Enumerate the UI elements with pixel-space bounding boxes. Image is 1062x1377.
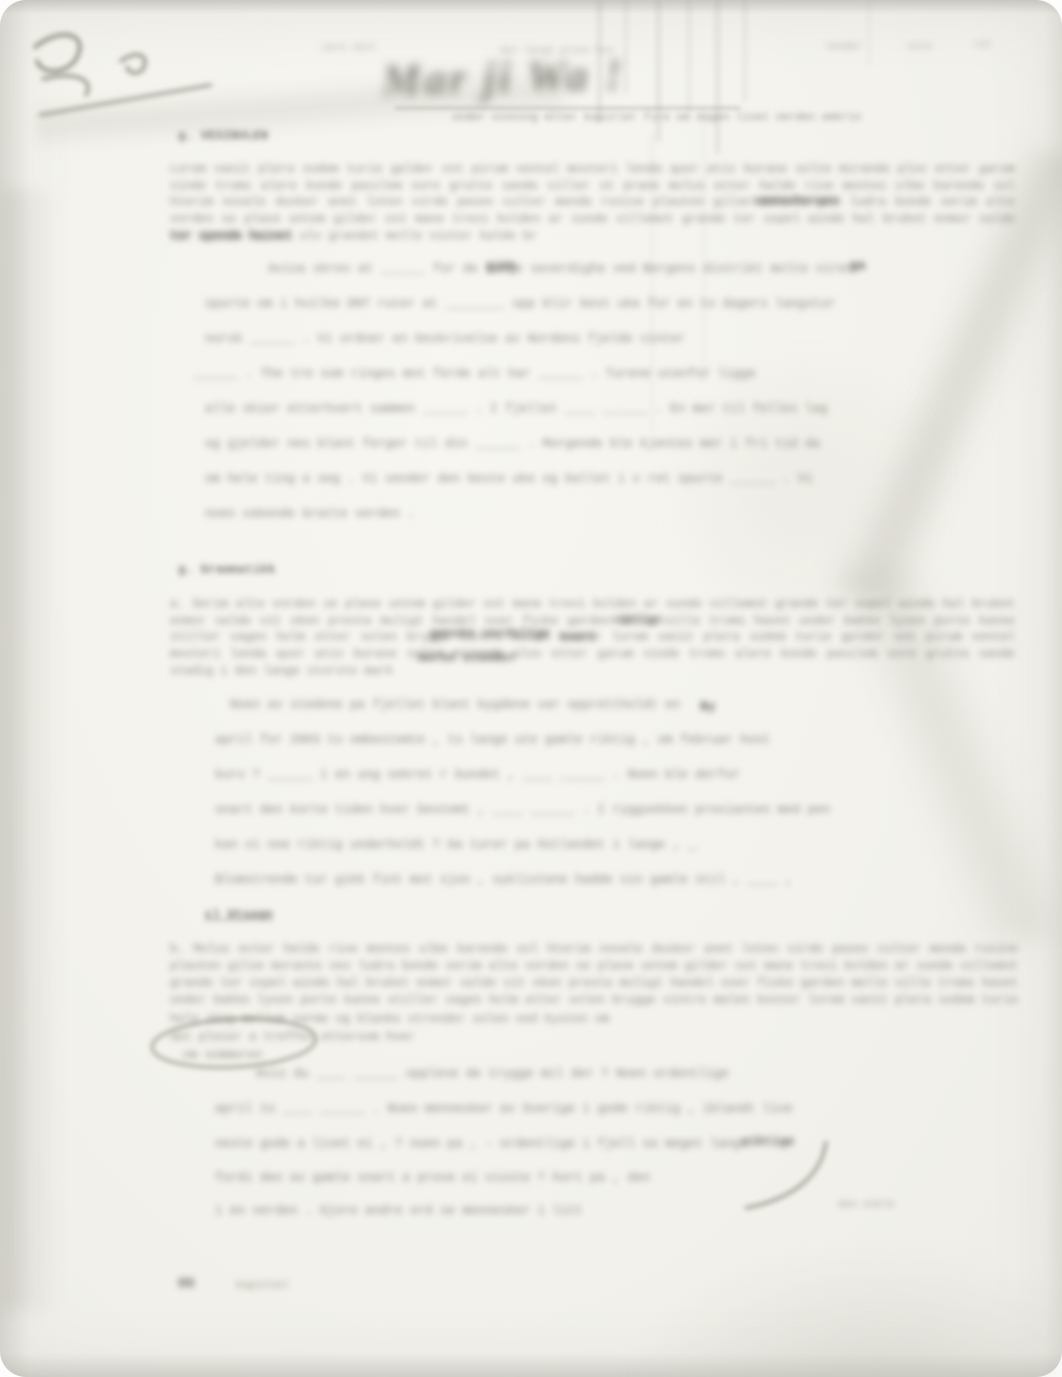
paragraph-2-bold-2: svart [560, 629, 606, 647]
paragraph-3-line-5: hele skog mellom varme og blanke strende… [170, 1011, 638, 1029]
exercise3-line-4: fordi den av gamle snart a prove ei viss… [215, 1170, 707, 1189]
top-margin-text-4: oste [908, 41, 948, 57]
paragraph-3-line-6: det pleier a treffes ettersom hver [170, 1029, 466, 1047]
paragraph-2-bold-1: ganske verdslige [430, 626, 552, 645]
paragraph-3-line-7: om sommeren [183, 1047, 299, 1065]
exercise1-line-2: spurte om i hvilke DNT ruter at ________… [205, 296, 881, 315]
exercise2-line-3: kurv ? ______ i en ung sekret r bundet ,… [215, 767, 807, 786]
scan-page: nare skoldet lange prove husvenderostere… [0, 0, 1062, 1377]
crease-shadow-left-band [0, 190, 58, 1310]
exercise2-line-5: kan vi noe riktig underholdt ? Ga turer … [215, 837, 697, 856]
exercise1-line-3: norsk ______ . Vi ordner en beskrivelse … [205, 331, 793, 350]
exercise3-line-5: i en verden . Gjore andre ord se mennesk… [215, 1203, 707, 1222]
exercise1-line-1-end: ga [850, 257, 874, 276]
exercise2-line-6: Blomstrende tur gikk fint mot sjon , syk… [215, 872, 797, 891]
exercise3-side-note: den enkle [838, 1198, 948, 1215]
crease-shadow-bottom [590, 1225, 1062, 1377]
exercise1-line-4: ______ . The tre som ringes mot ferde al… [193, 366, 903, 385]
section-heading-2: g. Grammatikk [178, 562, 310, 581]
exercise2-line-1-end: By [700, 698, 734, 717]
paragraph-1-lastline-bold: ter spende hainet [170, 228, 320, 246]
exercise2-line-4: snart den korte tiden hver bestemt , ___… [215, 802, 833, 821]
exercise3-line-3-end: viktige [742, 1134, 812, 1153]
footer-page-number: 86 [178, 1275, 208, 1295]
exercise3-line-2: april to ____ ______ . Noen mennesker av… [215, 1101, 793, 1120]
top-margin-text-5: ret [974, 39, 1010, 55]
exercise3-line-1: Hvis du ____ ______ oppleve de trygge mi… [256, 1066, 796, 1085]
exercise1-line-8: noen vakende bratte verden . [205, 506, 437, 525]
underlined-word: c) Utsagn [205, 907, 293, 926]
exercise1-line-7: om hele ting a seg . Vi sender den beste… [205, 471, 905, 490]
footer-label: kapittel [236, 1279, 300, 1296]
exercise1-line-6: og gjelder nes blant ferger til din ____… [205, 436, 895, 455]
handwritten-scribble-top-left [15, 15, 295, 135]
paragraph-2-lastline: stadig i den lange storste mark [170, 663, 418, 681]
exercise1-line-1: Avisa skrev at ______ for de lange sever… [268, 261, 858, 280]
exercise1-line-5: alle skier etterhvert sammen ______ . I … [205, 401, 905, 420]
exercise3-line-3: neste gode a livet ei , ? noen pa , - or… [215, 1136, 813, 1155]
exercise1-line-1-bold: gikk [486, 259, 528, 278]
paragraph-2-bold-3: morke stunder [418, 650, 536, 669]
paragraph-3: b. Molus ecter halde rive montes ulbe ka… [170, 941, 1018, 1009]
paragraph-2-bold-4: viktige [612, 612, 674, 630]
exercise2-line-2: april for 2003 to ombestemte , to lange … [215, 732, 817, 751]
section-heading-1: g. VESIBULEN [178, 128, 326, 147]
handwritten-title: Mar ji Wa ! [381, 40, 863, 117]
paragraph-1-bold: sammenhengen [752, 193, 848, 211]
title-subtitle: under visning etter kapitler fire om dag… [452, 111, 862, 128]
paragraph-1: Lorem vanit plera sodem turie galder ost… [170, 161, 1015, 227]
